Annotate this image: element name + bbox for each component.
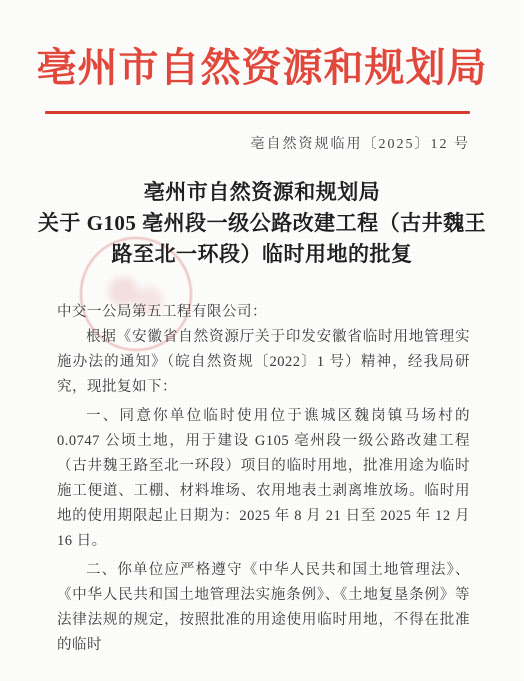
document-title: 亳州市自然资源和规划局 关于 G105 亳州段一级公路改建工程（古井魏王 路至北… <box>0 177 524 270</box>
letterhead-divider-line <box>45 111 470 114</box>
document-title-line-2: 关于 G105 亳州段一级公路改建工程（古井魏王 <box>0 208 524 239</box>
letterhead-agency-name: 亳州市自然资源和规划局 <box>0 36 524 93</box>
salutation-line: 中交一公局第五工程有限公司： <box>57 300 470 325</box>
document-title-line-3: 路至北一环段）临时用地的批复 <box>0 239 524 270</box>
document-title-line-1: 亳州市自然资源和规划局 <box>0 177 524 208</box>
scanned-document-page: 亳州市自然资源和规划局 亳自然资规临用〔2025〕12 号 亳州市自然资源和规划… <box>0 0 524 681</box>
body-paragraph-item-1: 一、同意你单位临时使用位于谯城区魏岗镇马场村的 0.0747 公顷土地，用于建设… <box>57 404 470 554</box>
body-paragraph-basis: 根据《安徽省自然资源厅关于印发安徽省临时用地管理实施办法的通知》（皖自然资规〔2… <box>57 325 470 400</box>
document-reference-number: 亳自然资规临用〔2025〕12 号 <box>0 133 470 153</box>
document-body: 中交一公局第五工程有限公司： 根据《安徽省自然资源厅关于印发安徽省临时用地管理实… <box>57 300 470 658</box>
body-paragraph-item-2: 二、你单位应严格遵守《中华人民共和国土地管理法》、《中华人民共和国土地管理法实施… <box>57 558 470 658</box>
